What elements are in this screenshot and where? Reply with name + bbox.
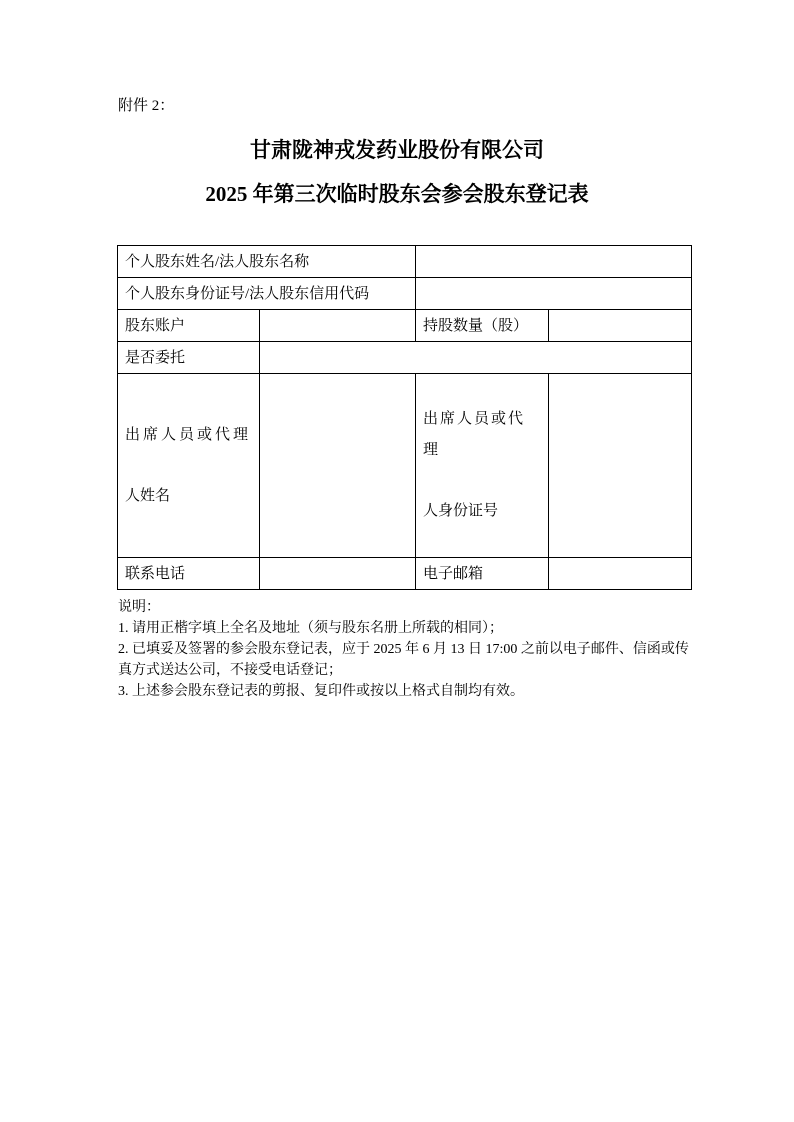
attendee-name-label-line2: 人姓名 — [125, 481, 252, 512]
note-item-2: 2. 已填妥及签署的参会股东登记表，应于 2025 年 6 月 13 日 17:… — [118, 639, 694, 681]
document-page: 附件 2： 甘肃陇神戎发药业股份有限公司 2025 年第三次临时股东会参会股东登… — [0, 0, 794, 1122]
attendee-id-label: 出席人员或代理 人身份证号 — [416, 374, 549, 558]
attachment-label: 附件 2： — [118, 96, 794, 116]
shareholder-id-value — [416, 278, 692, 310]
table-row-shareholder-name: 个人股东姓名/法人股东名称 — [118, 246, 692, 278]
form-title: 2025 年第三次临时股东会参会股东登记表 — [0, 181, 794, 207]
table-row-contact: 联系电话 电子邮箱 — [118, 558, 692, 590]
shareholder-id-label: 个人股东身份证号/法人股东信用代码 — [118, 278, 416, 310]
email-label: 电子邮箱 — [416, 558, 549, 590]
notes-heading: 说明： — [118, 597, 694, 618]
table-row-attendee: 出席人员或代理 人姓名 出席人员或代理 人身份证号 — [118, 374, 692, 558]
account-value — [260, 310, 416, 342]
shares-label: 持股数量（股） — [416, 310, 549, 342]
shareholder-name-label: 个人股东姓名/法人股东名称 — [118, 246, 416, 278]
attendee-id-value — [549, 374, 692, 558]
table-row-shareholder-id: 个人股东身份证号/法人股东信用代码 — [118, 278, 692, 310]
account-label: 股东账户 — [118, 310, 260, 342]
attendee-name-value — [260, 374, 416, 558]
note-item-3: 3. 上述参会股东登记表的剪报、复印件或按以上格式自制均有效。 — [118, 681, 694, 702]
table-row-account: 股东账户 持股数量（股） — [118, 310, 692, 342]
attendee-name-label: 出席人员或代理 人姓名 — [118, 374, 260, 558]
proxy-value — [260, 342, 692, 374]
attendee-id-label-line2: 人身份证号 — [423, 496, 541, 527]
phone-label: 联系电话 — [118, 558, 260, 590]
phone-value — [260, 558, 416, 590]
table-row-proxy: 是否委托 — [118, 342, 692, 374]
attendee-name-label-line1: 出席人员或代理 — [125, 420, 252, 451]
shareholder-registration-table: 个人股东姓名/法人股东名称 个人股东身份证号/法人股东信用代码 股东账户 持股数… — [117, 245, 692, 590]
notes-section: 说明： 1. 请用正楷字填上全名及地址（须与股东名册上所载的相同）； 2. 已填… — [118, 597, 694, 702]
shares-value — [549, 310, 692, 342]
note-item-1: 1. 请用正楷字填上全名及地址（须与股东名册上所载的相同）； — [118, 618, 694, 639]
email-value — [549, 558, 692, 590]
company-name-title: 甘肃陇神戎发药业股份有限公司 — [0, 137, 794, 163]
shareholder-name-value — [416, 246, 692, 278]
attendee-id-label-line1: 出席人员或代理 — [423, 404, 541, 466]
proxy-label: 是否委托 — [118, 342, 260, 374]
